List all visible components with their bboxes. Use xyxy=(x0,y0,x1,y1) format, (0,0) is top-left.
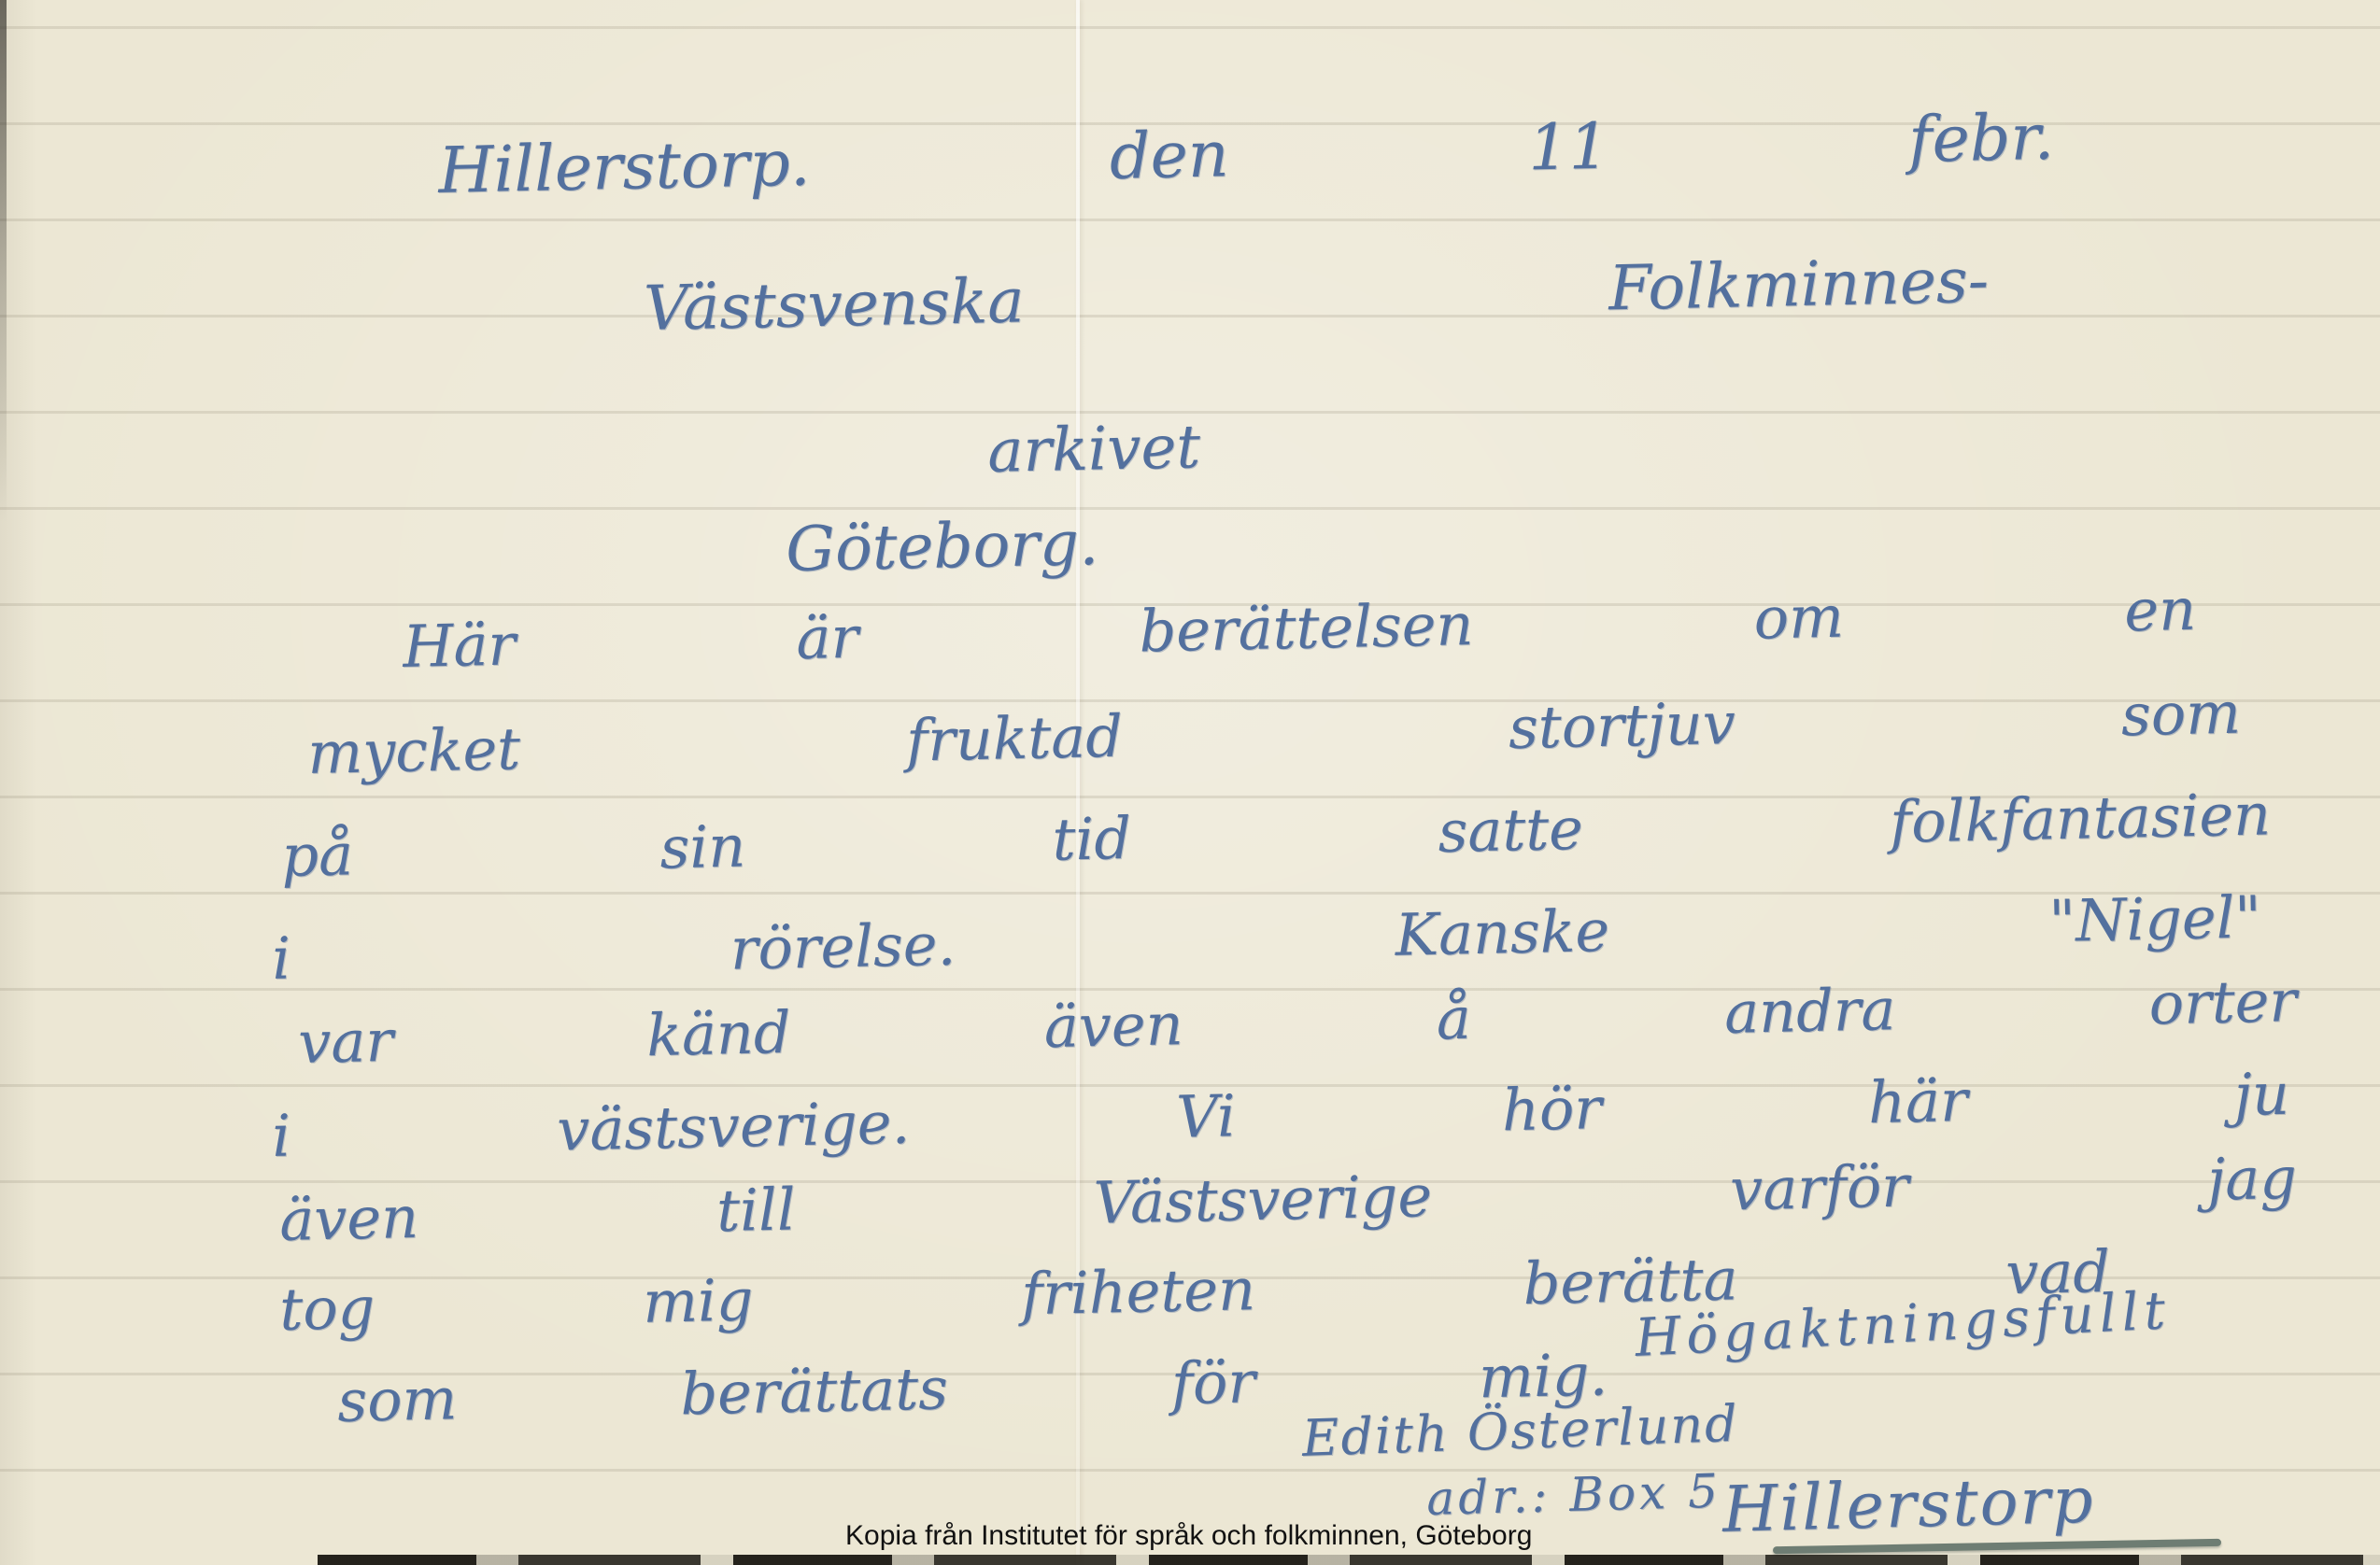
left-scan-edge xyxy=(0,0,7,523)
bottom-scan-edge xyxy=(318,1555,2380,1565)
scanned-letter-page: Hillerstorp. den 11 febr. Västsvenska Fo… xyxy=(0,0,2380,1565)
archive-caption: Kopia från Institutet för språk och folk… xyxy=(845,1520,1532,1552)
recipient-line-3: Göteborg. xyxy=(786,513,1099,581)
body-line-1: Här är berättelsen om en xyxy=(403,581,2197,676)
body-line-7: även till Västsverige varför jag xyxy=(279,1149,2298,1249)
body-line-3: på sin tid satte folkfantasien xyxy=(281,785,2272,885)
body-line-5: var känd även å andra orter xyxy=(298,972,2298,1072)
recipient-line-1: Västsvenska Folkminnes- xyxy=(644,250,1990,340)
signature-place: Hillerstorp xyxy=(1721,1470,2095,1543)
address-line: adr.: Box 5 xyxy=(1426,1468,1722,1522)
paper-fold-crease xyxy=(1076,0,1080,1565)
signature-name: Edith Österlund xyxy=(1301,1399,1739,1464)
body-line-2: mycket fruktad stortjuv som xyxy=(307,684,2242,782)
letter-dateline: Hillerstorp. den 11 febr. xyxy=(438,106,2055,204)
recipient-line-2: arkivet xyxy=(987,417,1201,482)
